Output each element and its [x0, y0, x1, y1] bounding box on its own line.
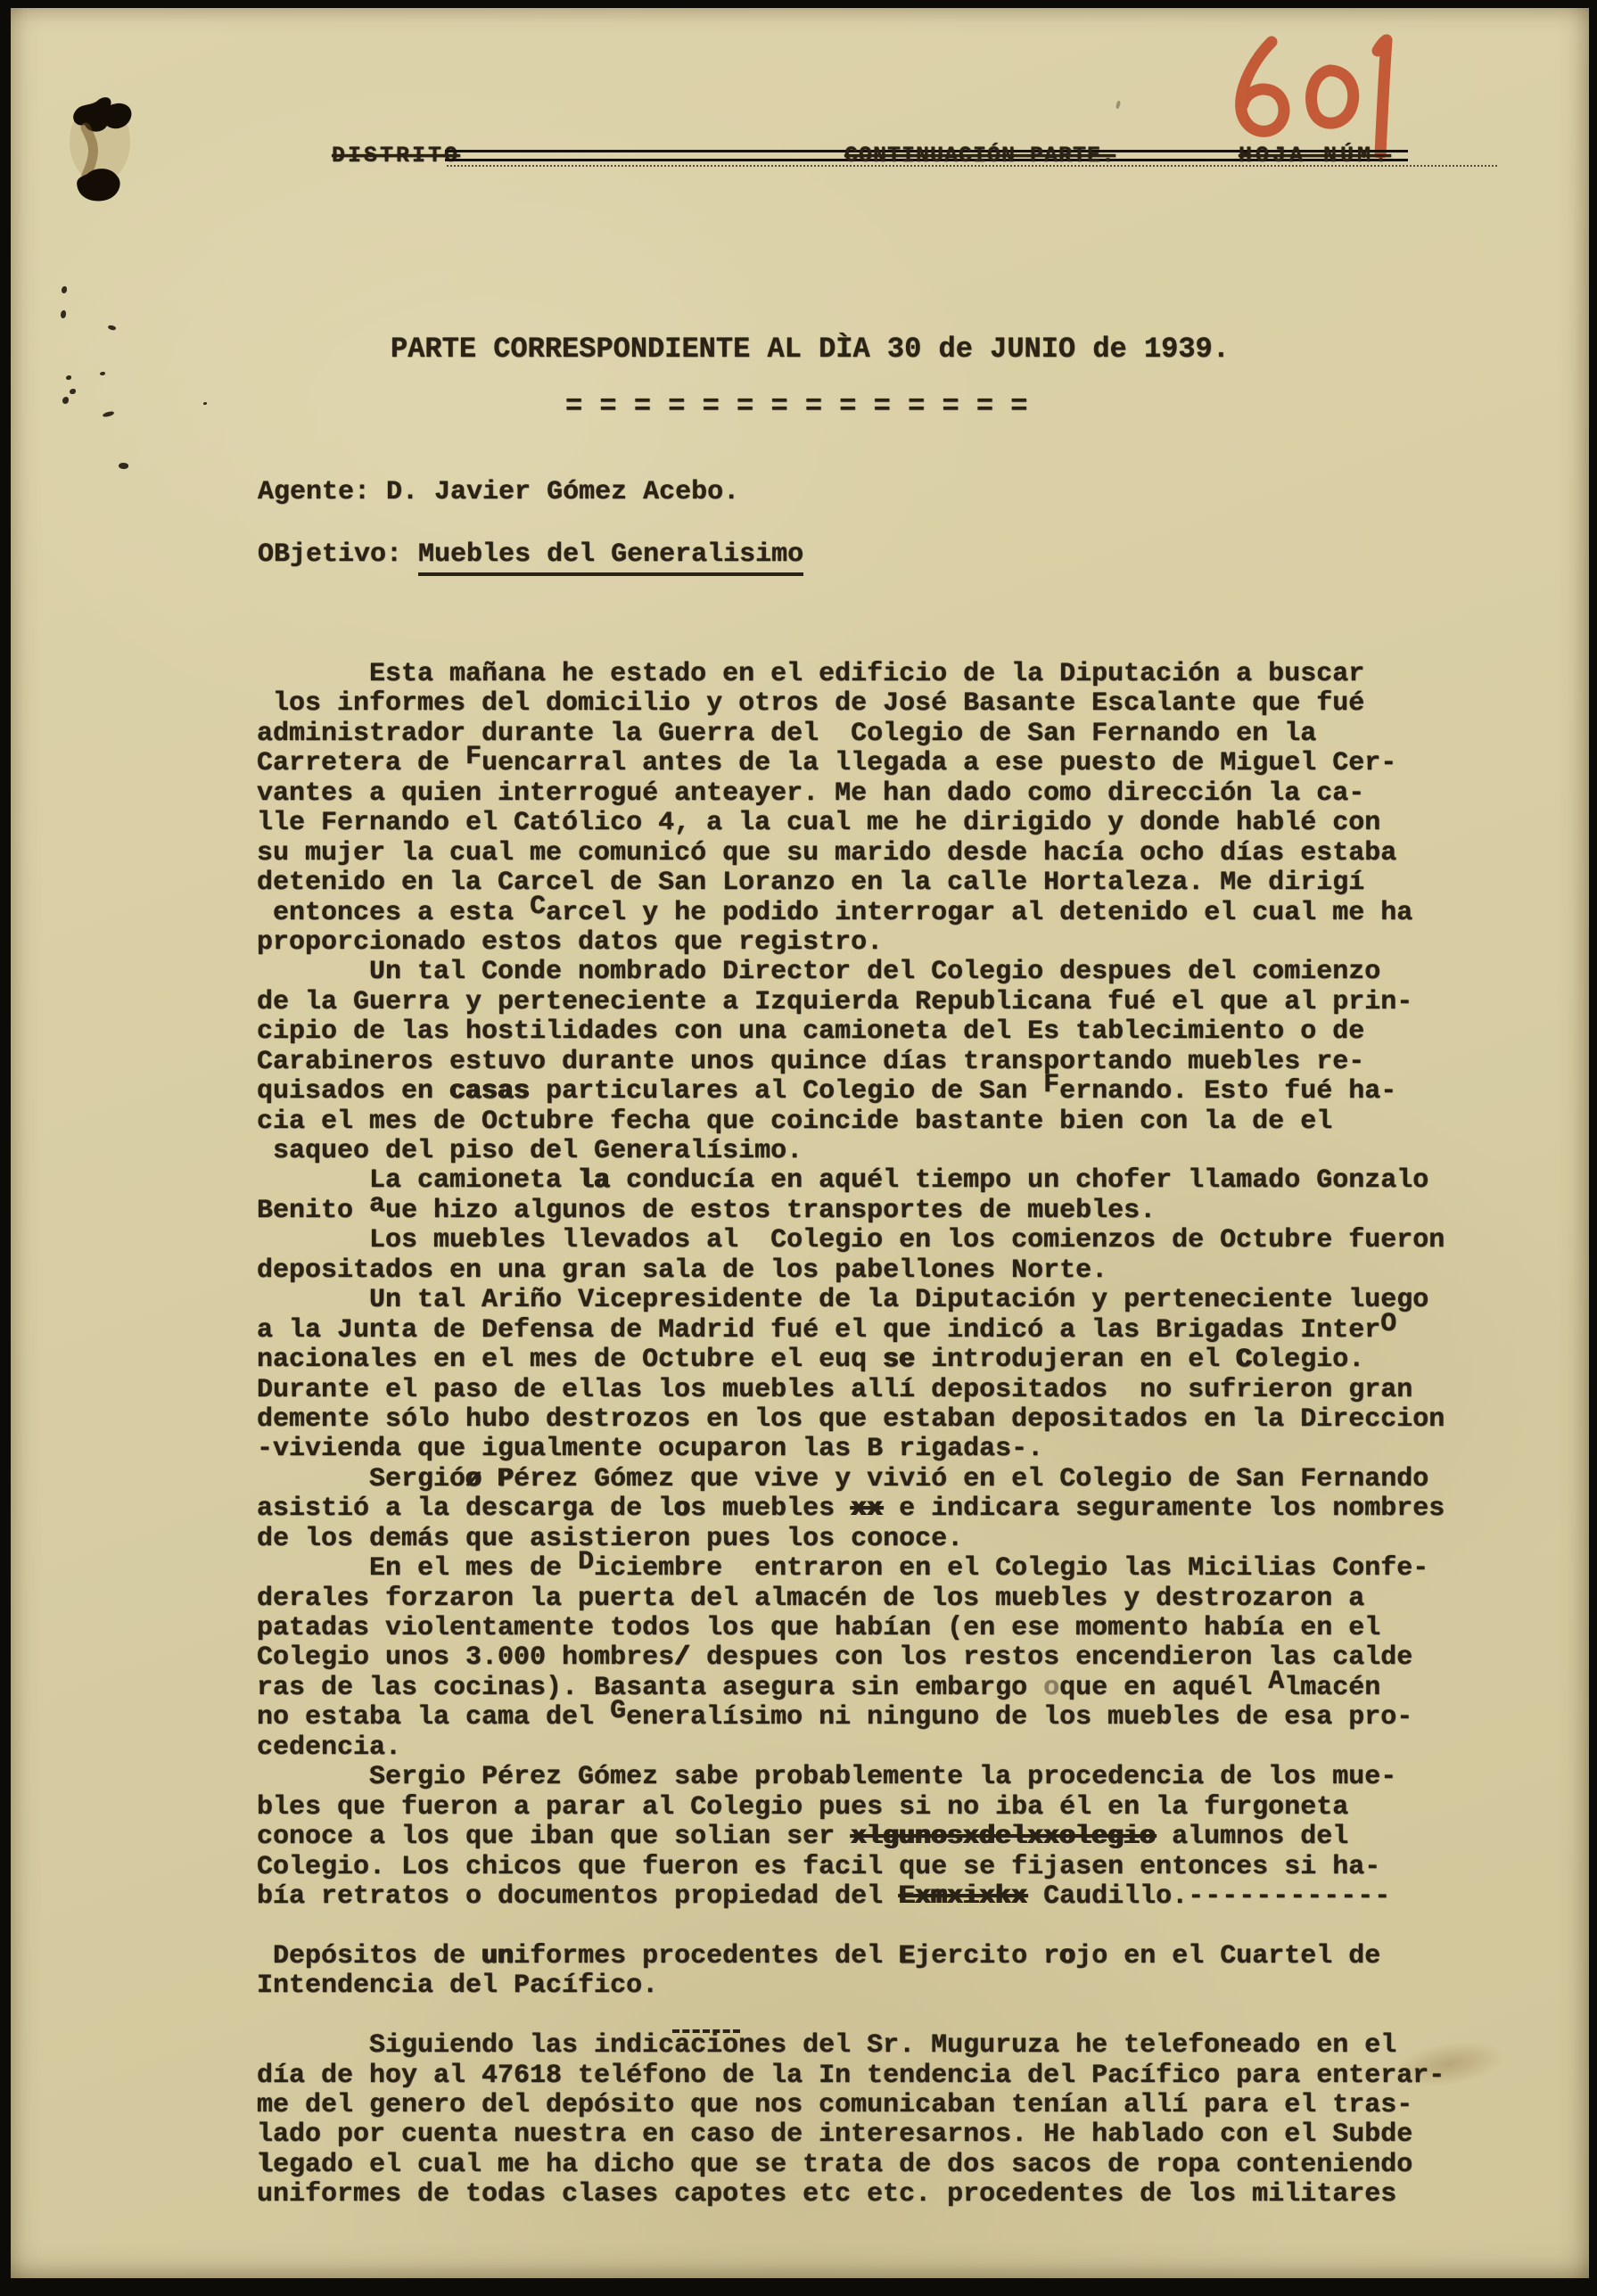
body-line: Los muebles llevados al Colegio en los c… [257, 1226, 1445, 1255]
body-line: saqueo del piso del Generalísimo. [257, 1137, 1445, 1166]
body-line: detenido en la Carcel de San Loranzo en … [257, 868, 1445, 898]
objective-label: OBjetivo: [258, 539, 402, 570]
body-line: derales forzaron la puerta del almacén d… [257, 1584, 1445, 1614]
body-line: a la Junta de Defensa de Madrid fué el q… [257, 1316, 1445, 1346]
objective-spacer [402, 539, 418, 570]
body-line [257, 2002, 1445, 2031]
title-rule: = = = = = = = = = = = = = = [565, 390, 1027, 423]
agent-name: D. Javier Gómez Acebo. [370, 477, 739, 507]
body-line: Carretera de Fuencarral antes de la lleg… [257, 749, 1445, 778]
body-line [257, 1912, 1445, 1941]
body-line: legado el cual me ha dicho que se trata … [257, 2151, 1445, 2180]
body-line: Intendencia del Pacífico. [257, 1971, 1445, 2001]
ink-blot [57, 86, 146, 220]
body-line: Un tal Ariño Vicepresidente de la Diputa… [257, 1286, 1445, 1315]
body-line: lle Fernando el Católico 4, a la cual me… [257, 809, 1445, 838]
body-line: La camioneta la conducía en aquél tiempo… [257, 1166, 1445, 1196]
body-line: -vivienda que igualmente ocuparon las B … [257, 1435, 1445, 1464]
body-line: Un tal Conde nombrado Director del Coleg… [257, 958, 1445, 987]
body-line: Sergióø Pérez Gómez que vive y vivió en … [257, 1465, 1445, 1494]
handwritten-601 [1216, 33, 1411, 158]
document-body: Esta mañana he estado en el edificio de … [257, 660, 1445, 2210]
body-line: lado por cuenta nuestra en caso de inter… [257, 2120, 1445, 2150]
body-line: administrador durante la Guerra del Cole… [257, 720, 1445, 749]
scanned-document-page: 601 DISTRITO CONTINUACIÓN PARTE. HOJA NÚ… [0, 0, 1597, 2296]
body-line: ras de las cocinas). Basanta asegura sin… [257, 1674, 1445, 1703]
paper-speck [103, 411, 115, 418]
body-line: cia el mes de Octubre fecha que coincide… [257, 1107, 1445, 1137]
body-line: uniformes de todas clases capotes etc et… [257, 2180, 1445, 2210]
body-line: los informes del domicilio y otros de Jo… [257, 689, 1445, 719]
body-line: En el mes de Diciembre entraron en el Co… [257, 1554, 1445, 1584]
body-line: conoce a los que iban que solian ser xlg… [257, 1823, 1445, 1852]
paper-speck [61, 310, 66, 318]
body-line: su mujer la cual me comunicó que su mari… [257, 839, 1445, 868]
body-line: bles que fueron a parar al Colegio pues … [257, 1793, 1445, 1823]
body-line: día de hoy al 47618 teléfono de la In te… [257, 2061, 1445, 2091]
body-line: asistió a la descarga de los muebles xx … [257, 1494, 1445, 1524]
body-line: depositados en una gran sala de los pabe… [257, 1256, 1445, 1286]
body-line: nacionales en el mes de Octubre el euq s… [257, 1346, 1445, 1375]
form-field-sheet-num: HOJA NÚM. [1239, 143, 1391, 169]
body-line: Sergio Pérez Gómez sabe probablemente la… [257, 1763, 1445, 1792]
body-line: cedencia. [257, 1733, 1445, 1763]
body-line: me del genero del depósito que nos comun… [257, 2091, 1445, 2120]
body-line: Colegio. Los chicos que fueron es facil … [257, 1853, 1445, 1882]
objective-line: OBjetivo: Muebles del Generalisimo [258, 539, 803, 570]
body-line: Depósitos de uniformes procedentes del E… [257, 1942, 1445, 1971]
body-line: patadas violentamente todos los que habí… [257, 1614, 1445, 1643]
report-title: PARTE CORRESPONDIENTE AL DÌA 30 de JUNIO… [391, 333, 1230, 366]
paper-speck [62, 286, 67, 293]
form-field-district: DISTRITO [332, 143, 460, 169]
form-field-continuation: CONTINUACIÓN PARTE. [844, 143, 1115, 169]
body-line: de la Guerra y perteneciente a Izquierda… [257, 988, 1445, 1017]
paper-speck [203, 402, 207, 405]
body-line: proporcionado estos datos que registro. [257, 928, 1445, 958]
body-line: demente sólo hubo destrozos en los que e… [257, 1405, 1445, 1435]
body-line: vantes a quien interrogué anteayer. Me h… [257, 779, 1445, 809]
paper-speck [70, 389, 76, 394]
paper-speck [66, 375, 71, 380]
objective-value: Muebles del Generalisimo [418, 539, 803, 576]
paper-speck [62, 397, 69, 404]
paper-speck [119, 462, 129, 469]
body-line: no estaba la cama del Generalísimo ni ni… [257, 1703, 1445, 1732]
agent-line: Agente: D. Javier Gómez Acebo. [258, 477, 739, 507]
body-line: bía retratos o documentos propiedad del … [257, 1882, 1445, 1912]
body-line: Benito aue hizo algunos de estos transpo… [257, 1197, 1445, 1226]
body-line: quisados en casas particulares al Colegi… [257, 1077, 1445, 1107]
body-line: entonces a esta Carcel y he podido inter… [257, 899, 1445, 928]
body-line: Durante el paso de ellas los muebles all… [257, 1376, 1445, 1405]
body-line: Carabineros estuvo durante unos quince d… [257, 1048, 1445, 1077]
paper-speck [107, 325, 116, 332]
agent-label: Agente: [258, 477, 370, 507]
body-line: Siguiendo las indicaciones del Sr. Mugur… [257, 2031, 1445, 2061]
body-line: de los demás que asistieron pues los con… [257, 1525, 1445, 1554]
body-line: cipio de las hostilidades con una camion… [257, 1017, 1445, 1047]
body-line: Colegio unos 3.000 hombres/ despues con … [257, 1643, 1445, 1673]
body-line: Esta mañana he estado en el edificio de … [257, 660, 1445, 689]
pencil-mark [1115, 101, 1121, 110]
sheet-number-annotation: 601 [1216, 33, 1411, 158]
paper-speck [100, 372, 105, 375]
